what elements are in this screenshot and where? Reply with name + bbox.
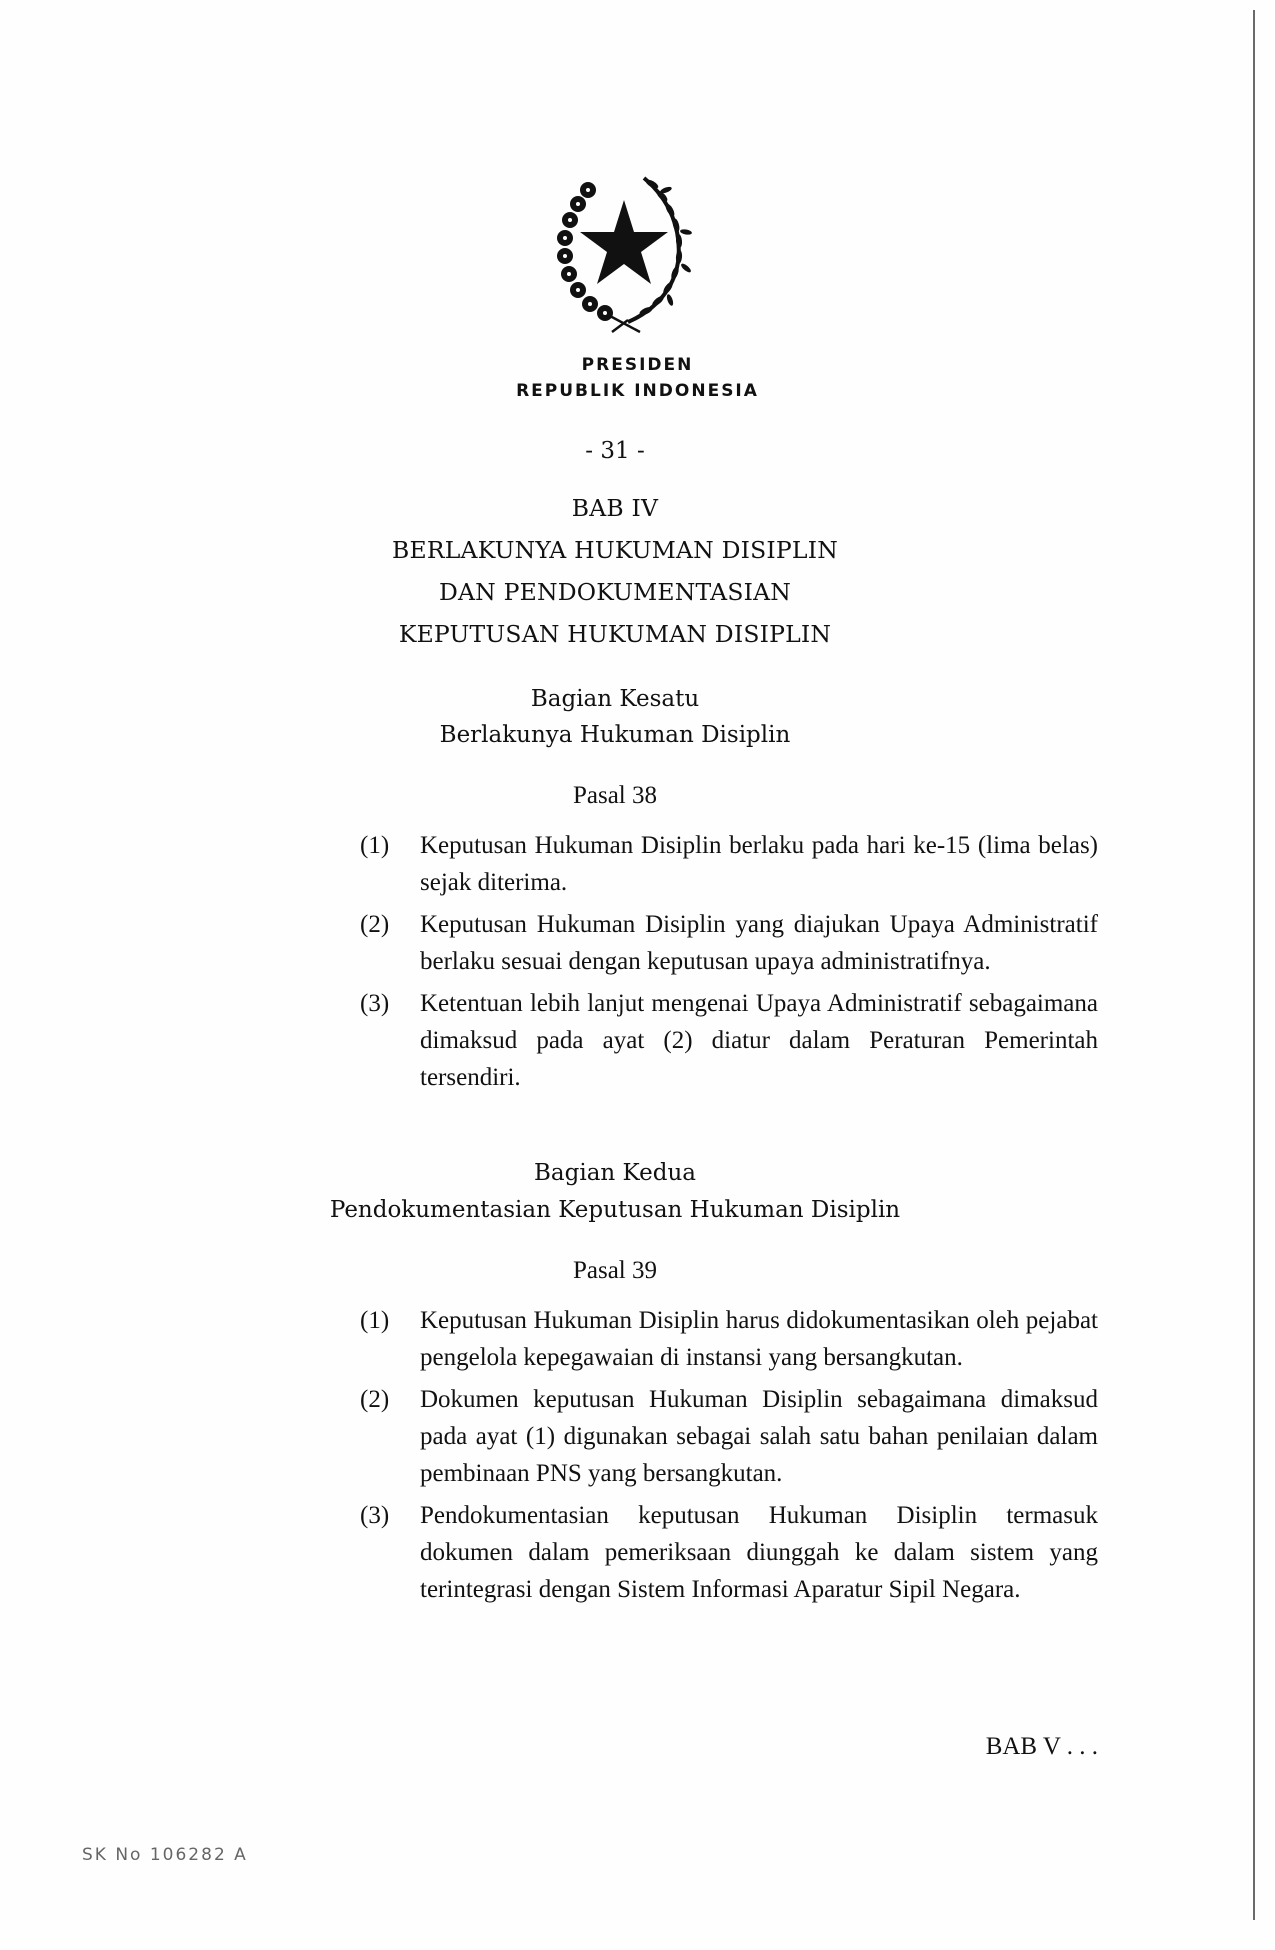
- article-39-heading: Pasal 39: [0, 1257, 1230, 1285]
- item-text: Keputusan Hukuman Disiplin berlaku pada …: [420, 827, 1098, 901]
- document-page: PRESIDEN REPUBLIK INDONESIA - 31 - BAB I…: [0, 0, 1275, 1950]
- item-text: Pendokumentasian keputusan Hukuman Disip…: [420, 1497, 1098, 1608]
- header-republic: REPUBLIK INDONESIA: [0, 381, 1275, 401]
- section-1-title: Berlakunya Hukuman Disiplin: [0, 722, 1230, 748]
- chapter-label: BAB IV: [0, 494, 1230, 522]
- header-president: PRESIDEN: [0, 355, 1275, 375]
- continuation-marker: BAB V . . .: [986, 1733, 1098, 1761]
- item-text: Ketentuan lebih lanjut mengenai Upaya Ad…: [420, 985, 1098, 1096]
- article-38-heading: Pasal 38: [0, 782, 1230, 810]
- item-number: (1): [360, 1302, 389, 1339]
- presidential-emblem-icon: [548, 160, 696, 336]
- chapter-title-line-2: DAN PENDOKUMENTASIAN: [0, 578, 1230, 606]
- article-39-item-1: (1) Keputusan Hukuman Disiplin harus did…: [360, 1302, 1098, 1376]
- item-text: Dokumen keputusan Hukuman Disiplin sebag…: [420, 1381, 1098, 1492]
- article-38-list: (1) Keputusan Hukuman Disiplin berlaku p…: [360, 827, 1098, 1101]
- item-text: Keputusan Hukuman Disiplin harus didokum…: [420, 1302, 1098, 1376]
- article-39-item-3: (3) Pendokumentasian keputusan Hukuman D…: [360, 1497, 1098, 1608]
- article-39-list: (1) Keputusan Hukuman Disiplin harus did…: [360, 1302, 1098, 1613]
- item-text: Keputusan Hukuman Disiplin yang diajukan…: [420, 906, 1098, 980]
- page-edge-line: [1253, 10, 1255, 1920]
- article-39-item-2: (2) Dokumen keputusan Hukuman Disiplin s…: [360, 1381, 1098, 1492]
- article-38-item-2: (2) Keputusan Hukuman Disiplin yang diaj…: [360, 906, 1098, 980]
- article-38-item-1: (1) Keputusan Hukuman Disiplin berlaku p…: [360, 827, 1098, 901]
- chapter-title-line-1: BERLAKUNYA HUKUMAN DISIPLIN: [0, 536, 1230, 564]
- section-2-label: Bagian Kedua: [0, 1160, 1230, 1186]
- chapter-title-line-3: KEPUTUSAN HUKUMAN DISIPLIN: [0, 620, 1230, 648]
- item-number: (2): [360, 1381, 389, 1418]
- section-2-title: Pendokumentasian Keputusan Hukuman Disip…: [0, 1197, 1230, 1223]
- item-number: (3): [360, 985, 389, 1022]
- item-number: (2): [360, 906, 389, 943]
- item-number: (3): [360, 1497, 389, 1534]
- article-38-item-3: (3) Ketentuan lebih lanjut mengenai Upay…: [360, 985, 1098, 1096]
- page-number: - 31 -: [0, 438, 1230, 464]
- section-1-label: Bagian Kesatu: [0, 686, 1230, 712]
- item-number: (1): [360, 827, 389, 864]
- footer-serial-number: SK No 106282 A: [82, 1845, 248, 1865]
